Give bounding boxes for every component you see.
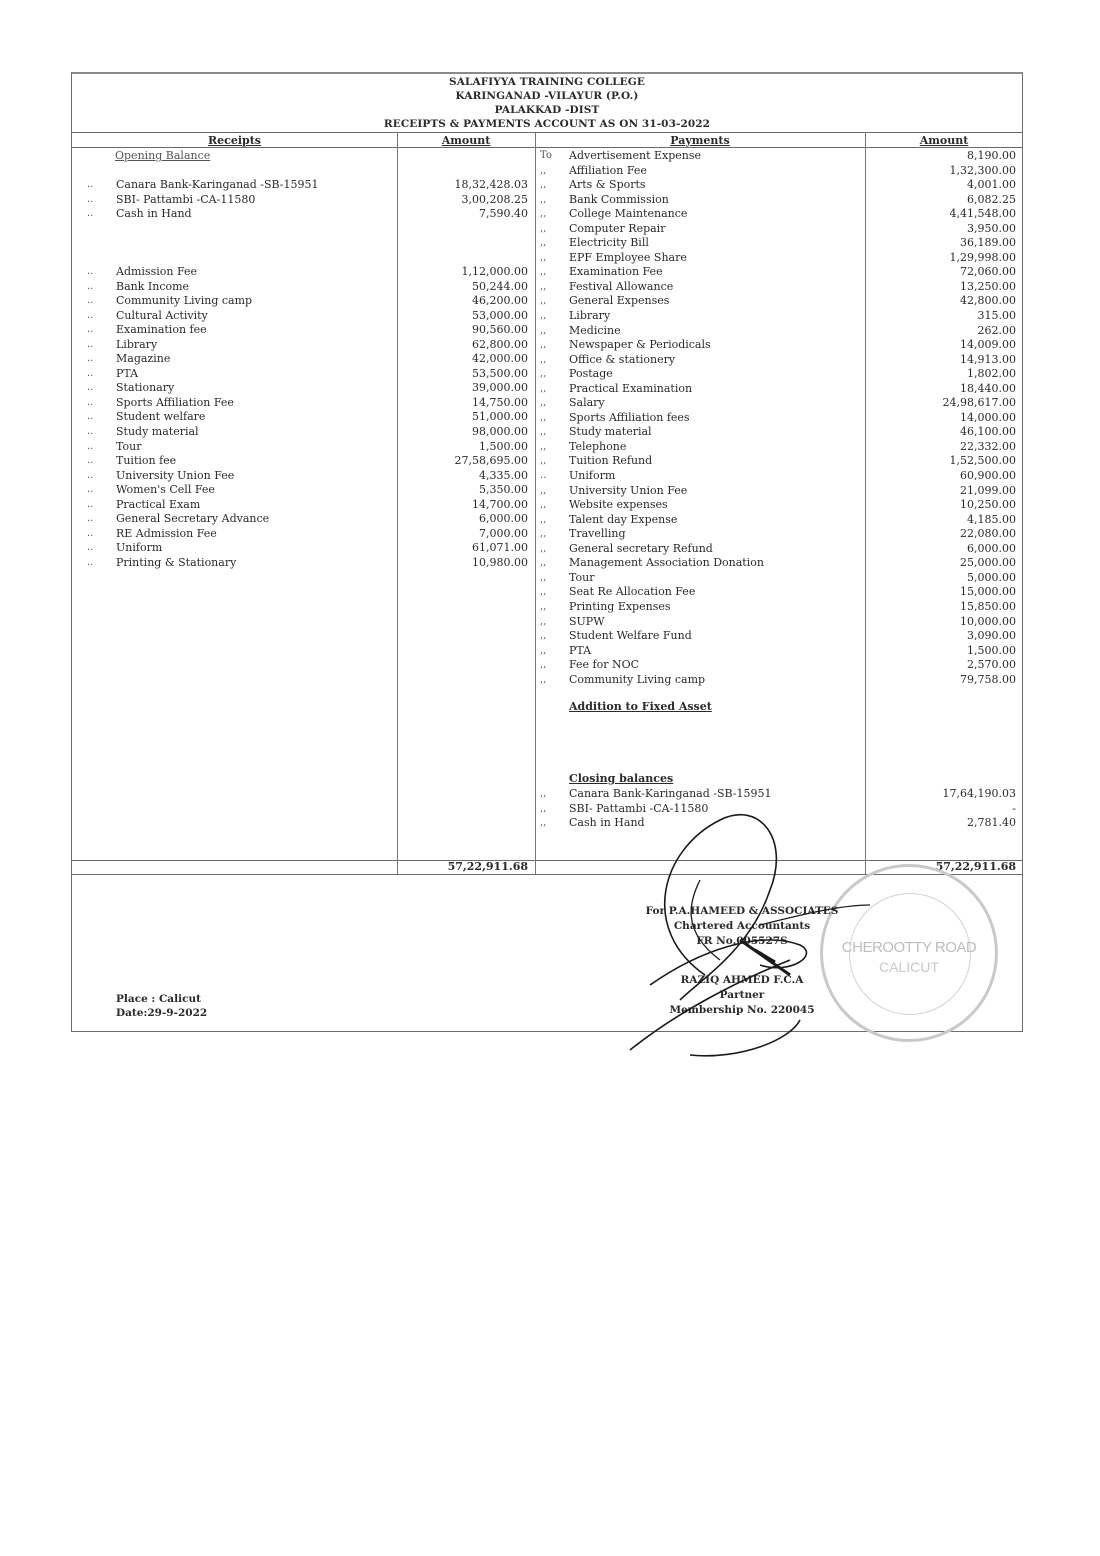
item-label: Student welfare [116,410,205,425]
item-amount: 5,350.00 [402,483,528,498]
place-value: Calicut [159,993,201,1005]
list-item: ,,EPF Employee Share [540,251,860,266]
ditto-marker: ,, [540,324,558,339]
ditto-marker: ,, [540,571,558,586]
item-label: General Secretary Advance [116,512,269,527]
item-label: Computer Repair [569,222,665,237]
item-amount: 4,001.00 [870,178,1016,193]
signature-block: For P.A.HAMEED & ASSOCIATES Chartered Ac… [632,904,852,1018]
institution-name: SALAFIYYA TRAINING COLLEGE [72,76,1022,88]
payment-items-list: ToAdvertisement Expense,,Affiliation Fee… [540,149,860,687]
item-label: Study material [569,425,652,440]
item-amount: 315.00 [870,309,1016,324]
list-item: ,,Website expenses [540,498,860,513]
list-item: ..Library [87,338,387,353]
item-label: University Union Fee [569,484,687,499]
item-label: General secretary Refund [569,542,713,557]
ditto-marker: .. [87,512,105,527]
item-label: Library [116,338,157,353]
ditto-marker: ,, [540,207,558,222]
list-item: ..Women's Cell Fee [87,483,387,498]
ditto-marker: .. [87,381,105,396]
item-label: Study material [116,425,199,440]
item-amount: 98,000.00 [402,425,528,440]
list-item: ..Magazine [87,352,387,367]
ditto-marker: ,, [540,309,558,324]
item-label: Website expenses [569,498,668,513]
list-item: ,,Printing Expenses [540,600,860,615]
ditto-marker: ,, [540,513,558,528]
ditto-marker: ,, [540,542,558,557]
item-amount: 72,060.00 [870,265,1016,280]
list-item: ,,PTA [540,644,860,659]
ditto-marker: .. [87,265,105,280]
institution-district: PALAKKAD -DIST [72,104,1022,116]
firm-designation: Chartered Accountants [632,919,852,934]
item-amount: 79,758.00 [870,673,1016,688]
item-amount: 46,200.00 [402,294,528,309]
item-amount: 10,980.00 [402,556,528,571]
ditto-marker: ,, [540,425,558,440]
ditto-marker: ,, [540,644,558,659]
list-item: ..Practical Exam [87,498,387,513]
list-item: ,,Community Living camp [540,673,860,688]
item-amount: 17,64,190.03 [870,787,1016,802]
item-amount: 14,000.00 [870,411,1016,426]
receipts-total: 57,22,911.68 [402,860,528,874]
item-label: Cash in Hand [569,816,645,831]
item-label: Library [569,309,610,324]
statement-title: RECEIPTS & PAYMENTS ACCOUNT AS ON 31-03-… [72,118,1022,130]
item-amount: 1,29,998.00 [870,251,1016,266]
list-item: ,,General Expenses [540,294,860,309]
ditto-marker: ,, [540,411,558,426]
signatory-role: Partner [632,988,852,1003]
list-item: ..Admission Fee [87,265,387,280]
opening-balance-amounts: 18,32,428.033,00,208.257,590.40 [402,178,528,222]
list-item: ,,Medicine [540,324,860,339]
item-label: Printing & Stationary [116,556,236,571]
ditto-marker: ,, [540,280,558,295]
item-amount: 1,500.00 [402,440,528,455]
item-label: Uniform [569,469,615,484]
membership-number: Membership No. 220045 [632,1003,852,1018]
list-item: ,,Festival Allowance [540,280,860,295]
ditto-marker: ,, [540,673,558,688]
item-label: Student Welfare Fund [569,629,692,644]
item-label: Postage [569,367,613,382]
list-item: ,,Office & stationery [540,353,860,368]
item-amount: 21,099.00 [870,484,1016,499]
ditto-marker: ,, [540,251,558,266]
item-label: Arts & Sports [569,178,646,193]
item-amount: 50,244.00 [402,280,528,295]
ditto-marker: .. [87,440,105,455]
item-amount: 6,000.00 [402,512,528,527]
item-amount: 1,32,300.00 [870,164,1016,179]
ditto-marker: .. [87,178,105,193]
item-label: Tour [116,440,141,455]
ditto-marker: ,, [540,615,558,630]
ditto-marker: .. [87,396,105,411]
item-label: Sports Affiliation Fee [116,396,234,411]
item-label: Tour [569,571,594,586]
item-amount: 4,185.00 [870,513,1016,528]
receipts-payments-document: SALAFIYYA TRAINING COLLEGE KARINGANAD -V… [71,72,1023,1032]
ditto-marker: ,, [540,382,558,397]
ditto-marker: ,, [540,396,558,411]
ditto-marker: ,, [540,265,558,280]
item-amount: 8,190.00 [870,149,1016,164]
item-amount: 51,000.00 [402,410,528,425]
list-item: ,,Telephone [540,440,860,455]
item-amount: 1,500.00 [870,644,1016,659]
item-label: Tuition fee [116,454,176,469]
payments-column-header: Payments [535,134,865,147]
list-item: ..University Union Fee [87,469,387,484]
item-label: Office & stationery [569,353,675,368]
ditto-marker: ,, [540,556,558,571]
item-amount: 14,750.00 [402,396,528,411]
fixed-asset-heading: Addition to Fixed Asset [569,700,712,715]
item-amount: 1,802.00 [870,367,1016,382]
ditto-marker: .. [87,454,105,469]
closing-balances-heading: Closing balances [569,772,673,787]
ditto-marker: .. [87,280,105,295]
list-item: ,,Student Welfare Fund [540,629,860,644]
receipts-amount-column-header: Amount [397,134,535,147]
item-label: Community Living camp [116,294,252,309]
ditto-marker: ,, [540,629,558,644]
item-label: Bank Income [116,280,189,295]
list-item: ..Bank Income [87,280,387,295]
item-amount: 14,009.00 [870,338,1016,353]
item-label: Salary [569,396,605,411]
item-amount: 42,000.00 [402,352,528,367]
list-item: ..Uniform [540,469,860,484]
list-item: ..Tuition fee [87,454,387,469]
list-item: ,,General secretary Refund [540,542,860,557]
item-amount: 24,98,617.00 [870,396,1016,411]
list-item: ,,Postage [540,367,860,382]
list-item: ..Student welfare [87,410,387,425]
firm-registration-number: FR No.005527S [632,934,852,949]
item-amount: 42,800.00 [870,294,1016,309]
item-label: Women's Cell Fee [116,483,215,498]
list-item: ..RE Admission Fee [87,527,387,542]
item-label: SUPW [569,615,605,630]
item-amount: 6,000.00 [870,542,1016,557]
item-label: Practical Exam [116,498,200,513]
list-item: ToAdvertisement Expense [540,149,860,164]
list-item: ,,Study material [540,425,860,440]
list-item: ..Tour [87,440,387,455]
ditto-marker: ,, [540,454,558,469]
signatory-name: RAZIQ AHMED F.C.A [632,973,852,988]
item-amount: 3,950.00 [870,222,1016,237]
list-item: ,,Tour [540,571,860,586]
ditto-marker: .. [87,469,105,484]
ditto-marker: .. [87,207,105,222]
item-amount: 4,335.00 [402,469,528,484]
item-label: Practical Examination [569,382,692,397]
item-label: Canara Bank-Karinganad -SB-15951 [569,787,772,802]
item-label: RE Admission Fee [116,527,217,542]
item-label: Electricity Bill [569,236,649,251]
ditto-marker: .. [87,193,105,208]
item-label: Advertisement Expense [569,149,701,164]
item-amount: 7,000.00 [402,527,528,542]
ditto-marker: ,, [540,816,558,831]
item-label: PTA [569,644,591,659]
receipts-column-header: Receipts [72,134,397,147]
list-item: ..Study material [87,425,387,440]
ditto-marker: ,, [540,658,558,673]
list-item: ,,Cash in Hand [540,816,860,831]
item-amount: 7,590.40 [402,207,528,222]
list-item: ,,Seat Re Allocation Fee [540,585,860,600]
opening-balance-heading: Opening Balance [115,149,395,164]
item-label: SBI- Pattambi -CA-11580 [116,193,255,208]
item-amount: 15,000.00 [870,585,1016,600]
ditto-marker: ,, [540,440,558,455]
item-amount: 15,850.00 [870,600,1016,615]
list-item: ,,Arts & Sports [540,178,860,193]
item-label: Cash in Hand [116,207,192,222]
ditto-marker: .. [87,541,105,556]
item-label: General Expenses [569,294,669,309]
ditto-marker: .. [87,527,105,542]
list-item: ,,Electricity Bill [540,236,860,251]
ditto-marker: .. [87,483,105,498]
item-label: Seat Re Allocation Fee [569,585,695,600]
item-amount: 5,000.00 [870,571,1016,586]
list-item: ,,Talent day Expense [540,513,860,528]
item-label: Telephone [569,440,626,455]
col-divider [397,132,398,874]
item-amount: 62,800.00 [402,338,528,353]
item-label: SBI- Pattambi -CA-11580 [569,802,708,817]
item-amount: 53,000.00 [402,309,528,324]
ditto-marker: .. [87,338,105,353]
date-value: 29-9-2022 [147,1007,207,1019]
item-amount: 27,58,695.00 [402,454,528,469]
item-amount: 22,332.00 [870,440,1016,455]
ditto-marker: .. [87,352,105,367]
list-item: ,,College Maintenance [540,207,860,222]
item-amount: 262.00 [870,324,1016,339]
item-label: Canara Bank-Karinganad -SB-15951 [116,178,319,193]
item-amount: 2,570.00 [870,658,1016,673]
ditto-marker: ,, [540,787,558,802]
list-item: ..SBI- Pattambi -CA-11580 [87,193,387,208]
item-amount: 36,189.00 [870,236,1016,251]
list-item: ,,Practical Examination [540,382,860,397]
ditto-marker: .. [87,294,105,309]
item-amount: 6,082.25 [870,193,1016,208]
ditto-marker: ,, [540,498,558,513]
list-item: ,,Canara Bank-Karinganad -SB-15951 [540,787,860,802]
list-item: ..Uniform [87,541,387,556]
item-label: Printing Expenses [569,600,671,615]
opening-balance-list: ..Canara Bank-Karinganad -SB-15951..SBI-… [87,178,387,222]
receipt-items-amounts: 1,12,000.0050,244.0046,200.0053,000.0090… [402,265,528,570]
list-item: ,,Computer Repair [540,222,860,237]
item-amount: 22,080.00 [870,527,1016,542]
institution-address: KARINGANAD -VILAYUR (P.O.) [72,90,1022,102]
ditto-marker: ,, [540,236,558,251]
ditto-marker: ,, [540,338,558,353]
ditto-marker: ,, [540,193,558,208]
ditto-marker: To [540,149,558,164]
list-item: ..Stationary [87,381,387,396]
item-label: University Union Fee [116,469,234,484]
place-date-block: Place : Calicut Date:29-9-2022 [116,992,207,1020]
ditto-marker: .. [87,323,105,338]
item-amount: 14,700.00 [402,498,528,513]
item-amount: 18,32,428.03 [402,178,528,193]
item-label: Newspaper & Periodicals [569,338,711,353]
list-item: ,,Examination Fee [540,265,860,280]
list-item: ..General Secretary Advance [87,512,387,527]
table-top-border [72,132,1022,133]
item-amount: - [870,802,1016,817]
list-item: ..Canara Bank-Karinganad -SB-15951 [87,178,387,193]
list-item: ,,Management Association Donation [540,556,860,571]
item-amount: 1,52,500.00 [870,454,1016,469]
item-amount: 10,000.00 [870,615,1016,630]
ditto-marker: ,, [540,178,558,193]
list-item: ,,Sports Affiliation fees [540,411,860,426]
item-amount: 53,500.00 [402,367,528,382]
ditto-marker: .. [87,556,105,571]
item-amount: 14,913.00 [870,353,1016,368]
list-item: ..Cultural Activity [87,309,387,324]
col-divider [535,132,536,874]
item-label: PTA [116,367,138,382]
item-label: Fee for NOC [569,658,639,673]
item-amount: 10,250.00 [870,498,1016,513]
ditto-marker: ,, [540,367,558,382]
ditto-marker: ,, [540,527,558,542]
list-item: ,,Affiliation Fee [540,164,860,179]
payment-items-amounts: 8,190.001,32,300.004,001.006,082.254,41,… [870,149,1016,687]
list-item: ..Printing & Stationary [87,556,387,571]
item-label: Stationary [116,381,174,396]
ditto-marker: ,, [540,484,558,499]
list-item: ..Cash in Hand [87,207,387,222]
ditto-marker: ,, [540,222,558,237]
col-divider [865,132,866,874]
list-item: ,,Library [540,309,860,324]
firm-name: For P.A.HAMEED & ASSOCIATES [632,904,852,919]
item-label: Community Living camp [569,673,705,688]
item-label: Tuition Refund [569,454,652,469]
item-amount: 13,250.00 [870,280,1016,295]
item-amount: 46,100.00 [870,425,1016,440]
item-label: Examination fee [116,323,207,338]
list-item: ,,Bank Commission [540,193,860,208]
closing-balance-amounts: 17,64,190.03-2,781.40 [870,787,1016,831]
ditto-marker: ,, [540,294,558,309]
item-label: Examination Fee [569,265,663,280]
item-label: Affiliation Fee [569,164,647,179]
item-label: Sports Affiliation fees [569,411,690,426]
list-item: ,,SBI- Pattambi -CA-11580 [540,802,860,817]
ditto-marker: .. [87,309,105,324]
item-label: College Maintenance [569,207,687,222]
item-amount: 18,440.00 [870,382,1016,397]
item-amount: 39,000.00 [402,381,528,396]
ditto-marker: .. [87,498,105,513]
payments-amount-column-header: Amount [865,134,1023,147]
item-label: Medicine [569,324,621,339]
ditto-marker: ,, [540,164,558,179]
item-label: Magazine [116,352,170,367]
receipt-items-list: ..Admission Fee..Bank Income..Community … [87,265,387,570]
item-label: Uniform [116,541,162,556]
list-item: ..PTA [87,367,387,382]
ditto-marker: .. [87,425,105,440]
item-label: Travelling [569,527,626,542]
ditto-marker: .. [87,410,105,425]
header-bottom-border [72,147,1022,148]
item-label: Cultural Activity [116,309,208,324]
ditto-marker: .. [540,469,558,484]
list-item: ,,SUPW [540,615,860,630]
list-item: ..Sports Affiliation Fee [87,396,387,411]
item-amount: 60,900.00 [870,469,1016,484]
closing-balance-list: ,,Canara Bank-Karinganad -SB-15951,,SBI-… [540,787,860,831]
item-label: Bank Commission [569,193,669,208]
item-label: EPF Employee Share [569,251,687,266]
item-label: Management Association Donation [569,556,764,571]
list-item: ,,Tuition Refund [540,454,860,469]
item-label: Festival Allowance [569,280,673,295]
item-amount: 90,560.00 [402,323,528,338]
list-item: ,,Newspaper & Periodicals [540,338,860,353]
item-amount: 61,071.00 [402,541,528,556]
ditto-marker: .. [87,367,105,382]
item-amount: 3,00,208.25 [402,193,528,208]
item-amount: 25,000.00 [870,556,1016,571]
item-label: Talent day Expense [569,513,677,528]
receipts-list: Opening Balance [115,149,395,178]
item-amount: 1,12,000.00 [402,265,528,280]
ditto-marker: ,, [540,802,558,817]
list-item: ..Examination fee [87,323,387,338]
list-item: ,,Salary [540,396,860,411]
ditto-marker: ,, [540,585,558,600]
item-amount: 3,090.00 [870,629,1016,644]
list-item: ,,University Union Fee [540,484,860,499]
list-item: ,,Travelling [540,527,860,542]
item-amount: 4,41,548.00 [870,207,1016,222]
list-item: ..Community Living camp [87,294,387,309]
ditto-marker: ,, [540,353,558,368]
item-amount: 2,781.40 [870,816,1016,831]
list-item: ,,Fee for NOC [540,658,860,673]
item-label: Admission Fee [116,265,197,280]
ditto-marker: ,, [540,600,558,615]
